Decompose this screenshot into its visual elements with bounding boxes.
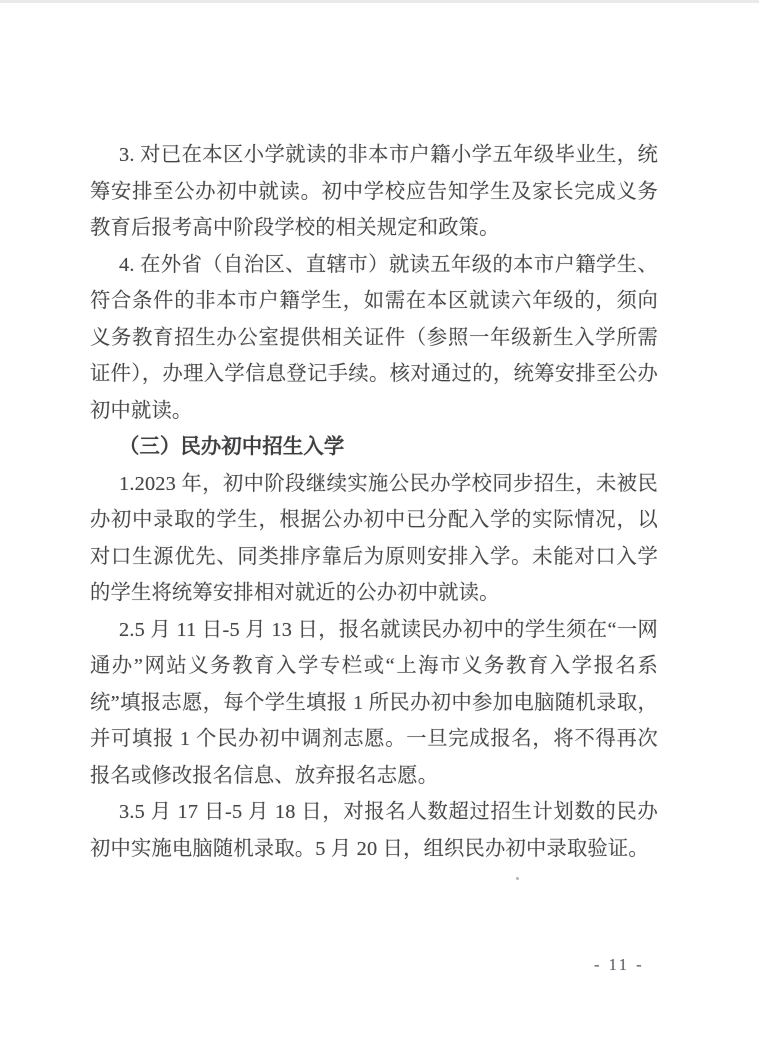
page-number: - 11 - (594, 955, 644, 975)
paragraph-out-of-province-students: 4. 在外省（自治区、直辖市）就读五年级的本市户籍学生、符合条件的非本市户籍学生… (90, 247, 658, 430)
paragraph-lottery-and-verification: 3.5 月 17 日-5 月 18 日，对报名人数超过招生计划数的民办初中实施电… (90, 794, 658, 867)
paragraph-application-dates: 2.5 月 11 日-5 月 13 日，报名就读民办初中的学生须在“一网通办”网… (90, 612, 658, 795)
document-body: 3. 对已在本区小学就读的非本市户籍小学五年级毕业生，统筹安排至公办初中就读。初… (90, 137, 658, 867)
scan-speck-artifact (516, 877, 519, 880)
section-heading-private-middle-school: （三）民办初中招生入学 (90, 429, 658, 466)
paragraph-public-grade5-placement: 3. 对已在本区小学就读的非本市户籍小学五年级毕业生，统筹安排至公办初中就读。初… (90, 137, 658, 247)
scan-edge-artifact (0, 0, 759, 3)
paragraph-simultaneous-enrollment-policy: 1.2023 年，初中阶段继续实施公民办学校同步招生，未被民办初中录取的学生，根… (90, 466, 658, 612)
